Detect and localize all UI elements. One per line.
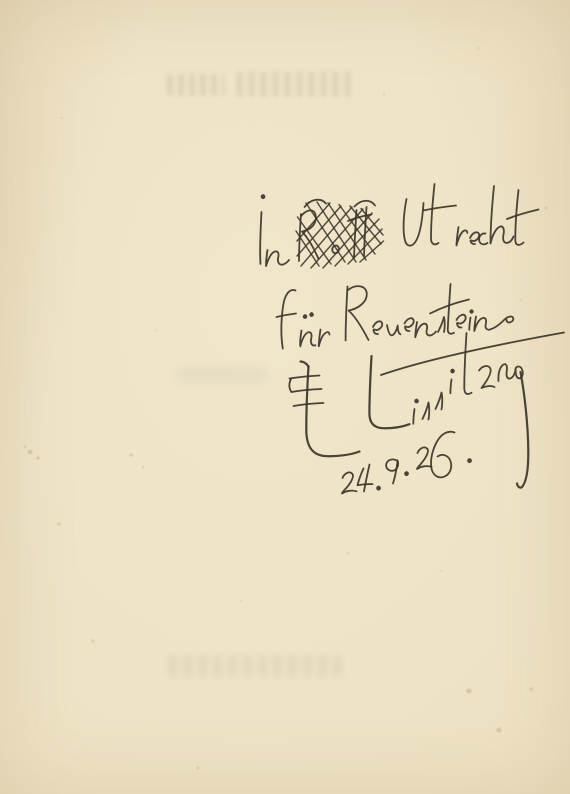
book-page: in (scribbled-out word) Utrecht für Reve… bbox=[0, 0, 570, 794]
el-monogram bbox=[289, 362, 359, 457]
word-utrecht bbox=[404, 184, 539, 246]
handwritten-inscription bbox=[0, 0, 570, 794]
word-fuer bbox=[277, 290, 330, 348]
inscription-line-1 bbox=[260, 184, 538, 268]
inscription-line-2 bbox=[277, 284, 514, 349]
signature-el-lissitzky bbox=[289, 333, 564, 488]
word-in bbox=[260, 196, 289, 267]
crossed-out-word bbox=[296, 200, 384, 268]
word-revenstein bbox=[346, 284, 514, 341]
inscription-date bbox=[342, 432, 471, 494]
